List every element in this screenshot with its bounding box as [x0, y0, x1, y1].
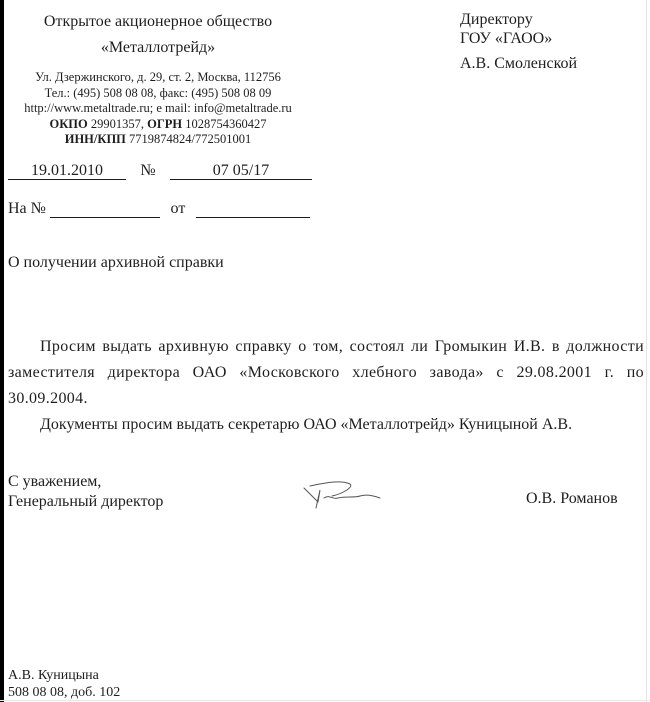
executor-name: А.В. Куницына	[8, 667, 120, 684]
recipient-name: А.В. Смоленской	[460, 54, 577, 73]
body-paragraph-2: Документы просим выдать секретарю ОАО «М…	[8, 412, 644, 438]
sender-org-name: «Металлотрейд»	[8, 36, 308, 60]
number-label: №	[130, 162, 166, 180]
recipient-block: Директору ГОУ «ГАОО» А.В. Смоленской	[460, 10, 577, 73]
recipient-organization: ГОУ «ГАОО»	[460, 29, 577, 48]
sender-letterhead: Открытое акционерное общество «Металлотр…	[8, 10, 308, 148]
okpo-value: 29901357,	[91, 117, 144, 131]
signer-name: О.В. Романов	[526, 490, 618, 508]
sender-inn-kpp: ИНН/КПП 7719874824/772501001	[8, 132, 308, 148]
okpo-label: ОКПО	[49, 117, 87, 131]
closing-block: С уважением, Генеральный директор	[8, 472, 163, 512]
reply-reference-row: На № от	[8, 200, 310, 218]
signer-position: Генеральный директор	[8, 492, 163, 512]
reply-date-label: от	[164, 200, 192, 218]
reply-number-label: На №	[8, 200, 46, 217]
inn-label: ИНН/КПП	[65, 132, 126, 146]
recipient-position: Директору	[460, 10, 577, 29]
executor-block: А.В. Куницына 508 08 08, доб. 102	[8, 667, 120, 701]
closing-regards: С уважением,	[8, 472, 163, 492]
sender-phone: Тел.: (495) 508 08 08, факс: (495) 508 0…	[8, 86, 308, 102]
reply-date-field	[196, 201, 310, 218]
sender-org-type: Открытое акционерное общество	[8, 10, 308, 34]
body-paragraph-1: Просим выдать архивную справку о том, со…	[8, 334, 644, 412]
sender-web-email: http://www.metaltrade.ru; e mail: info@m…	[8, 101, 308, 117]
document-date: 19.01.2010	[8, 163, 126, 180]
reply-number-field	[50, 201, 160, 218]
letter-subject: О получении архивной справки	[8, 254, 224, 272]
inn-value: 7719874824/772501001	[129, 132, 251, 146]
scan-right-edge	[646, 0, 647, 702]
ogrn-label: ОГРН	[147, 117, 182, 131]
signature-icon	[298, 478, 388, 510]
sender-okpo-ogrn: ОКПО 29901357, ОГРН 1028754360427	[8, 117, 308, 133]
ogrn-value: 1028754360427	[185, 117, 266, 131]
executor-phone: 508 08 08, доб. 102	[8, 684, 120, 701]
letter-body: Просим выдать архивную справку о том, со…	[8, 334, 644, 438]
registration-row: 19.01.2010 № 07 05/17	[8, 162, 312, 180]
document-number: 07 05/17	[170, 163, 312, 180]
sender-address: Ул. Дзержинского, д. 29, ст. 2, Москва, …	[8, 70, 308, 86]
scan-left-edge	[0, 0, 4, 702]
